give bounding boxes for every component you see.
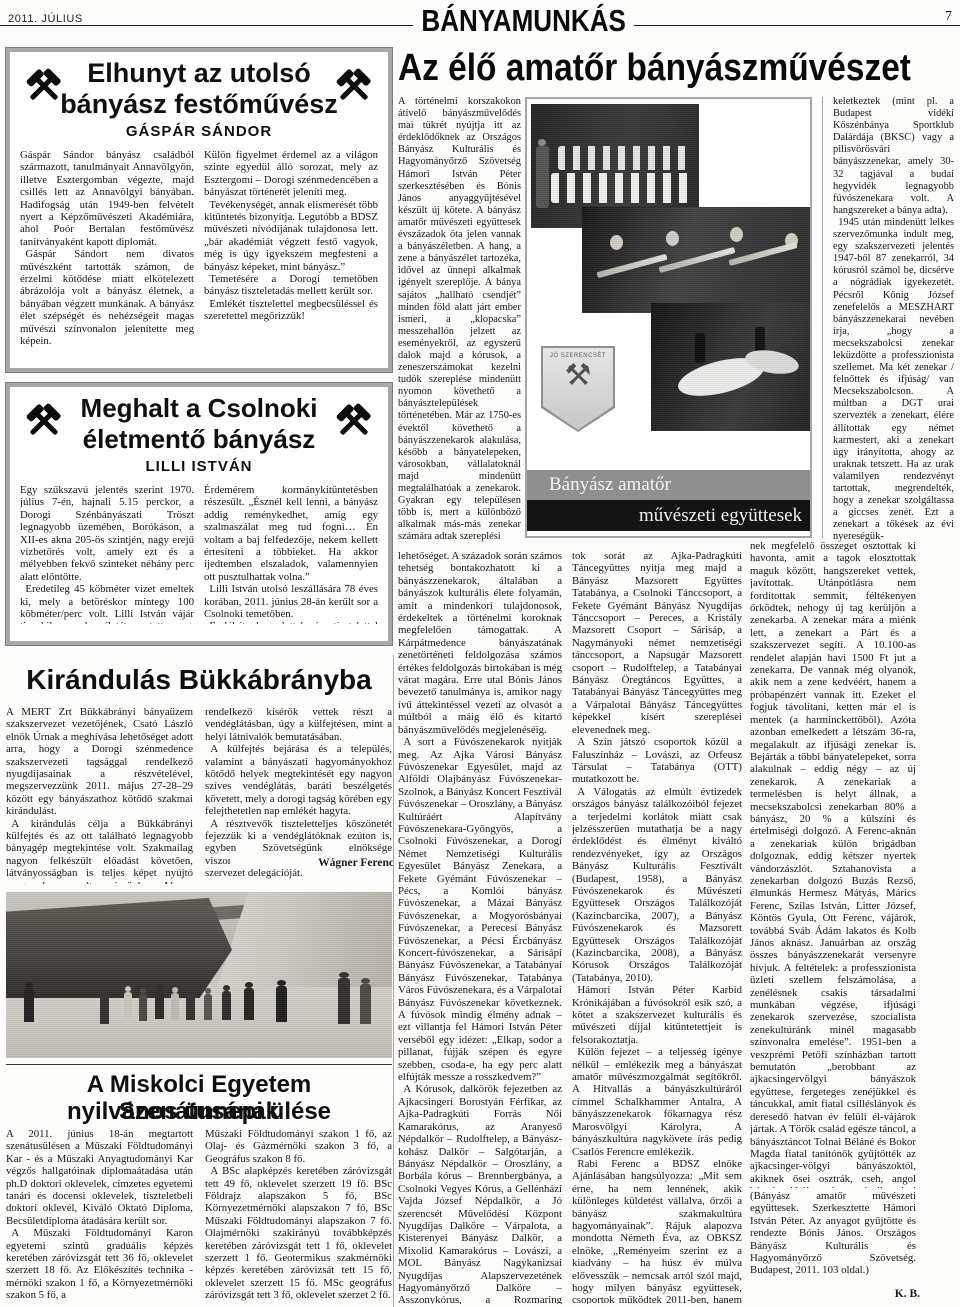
feature-intro-column: A történelmi korszakokon átívelő bányász… bbox=[398, 96, 521, 544]
obituary-column-b: Érdemérem kormánykitüntetésben részesült… bbox=[204, 484, 378, 624]
senate-column-a: A 2011. június 18-án megtartott szenátus… bbox=[6, 1128, 193, 1305]
trip-author-signature: Wágner Ferenc bbox=[230, 857, 394, 869]
feature-bottom-column-b: tok sorát az Ajka-Padragkúti Táncegyütte… bbox=[572, 550, 742, 1304]
obituary-subtitle: GÁSPÁR SÁNDOR bbox=[10, 120, 388, 140]
brass-band-photo bbox=[582, 207, 810, 313]
photo-grain bbox=[651, 303, 810, 431]
feature-author-signature: K. B. bbox=[856, 1288, 920, 1300]
crossed-hammers-icon: ⚒ bbox=[543, 359, 613, 393]
trip-article-title: Kirándulás Bükkábrányba bbox=[6, 664, 392, 696]
obituary-lilli-box: Meghalt a Csolnoki életmentő bányász LIL… bbox=[6, 383, 392, 645]
photo-grain bbox=[6, 892, 392, 1058]
obituary-column-a: Gáspár Sándor bányász családból származo… bbox=[20, 149, 194, 347]
page-number: 7 bbox=[936, 9, 952, 25]
book-caption-line1: Bányász amatőr bbox=[527, 470, 810, 500]
obituary-column-a: Egy szűkszavú jelentés szerint 1970. júl… bbox=[20, 484, 194, 624]
obituary-gaspar-box: Elhunyt az utolsó bányász festőművész GÁ… bbox=[6, 48, 392, 372]
folk-dancers-photo bbox=[651, 303, 810, 431]
crossed-hammers-icon bbox=[330, 66, 378, 110]
feature-bottom-column-c: nek megfelelő összeget osztottak ki havo… bbox=[750, 540, 916, 1188]
section-divider-rule bbox=[6, 1064, 392, 1065]
feature-headline: Az élő amatőr bányászművészet bbox=[398, 46, 889, 90]
book-cover-montage: JÓ SZERENCSÉT ⚒ Bányász amatőr művészeti… bbox=[525, 97, 812, 538]
obituary-subtitle: LILLI ISTVÁN bbox=[10, 455, 388, 475]
emblem-motto: JÓ SZERENCSÉT bbox=[543, 348, 613, 359]
newspaper-page: 2011. JÚLIUS BÁNYAMUNKÁS 7 Elhunyt az ut… bbox=[0, 0, 960, 1307]
column-rule bbox=[822, 97, 823, 538]
feature-right-column: keletkeztek (mint pl. a Budapest vidéki … bbox=[833, 96, 954, 544]
trip-column-a: A MERT Zrt Bükkábrányi bányaüzem szaksze… bbox=[6, 706, 193, 884]
crossed-hammers-icon bbox=[330, 401, 378, 445]
feature-closing-note: (Bányász amatőr művészeti együttesek. Sz… bbox=[750, 1190, 916, 1288]
obituary-column-b: Külön figyelmet érdemel az a világon szi… bbox=[204, 149, 378, 347]
book-caption-line2: művészeti együttesek bbox=[527, 500, 810, 531]
miner-emblem-icon: JÓ SZERENCSÉT ⚒ bbox=[541, 346, 615, 432]
senate-title-line2: nyilvános ünnepi ülése bbox=[6, 1098, 392, 1125]
feature-bottom-column-a: lehetőséget. A századok során számos teh… bbox=[398, 550, 562, 1304]
crossed-hammers-icon bbox=[20, 401, 68, 445]
senate-column-b: Műszaki Földtudományi szakon 1 fő, az Ol… bbox=[205, 1128, 392, 1305]
issue-date: 2011. JÚLIUS bbox=[8, 13, 83, 25]
masthead-logo: BÁNYAMUNKÁS bbox=[413, 3, 634, 39]
crossed-hammers-icon bbox=[20, 66, 68, 110]
photo-grain bbox=[582, 207, 810, 313]
column-rule bbox=[393, 655, 394, 1307]
excursion-photo bbox=[6, 892, 392, 1058]
